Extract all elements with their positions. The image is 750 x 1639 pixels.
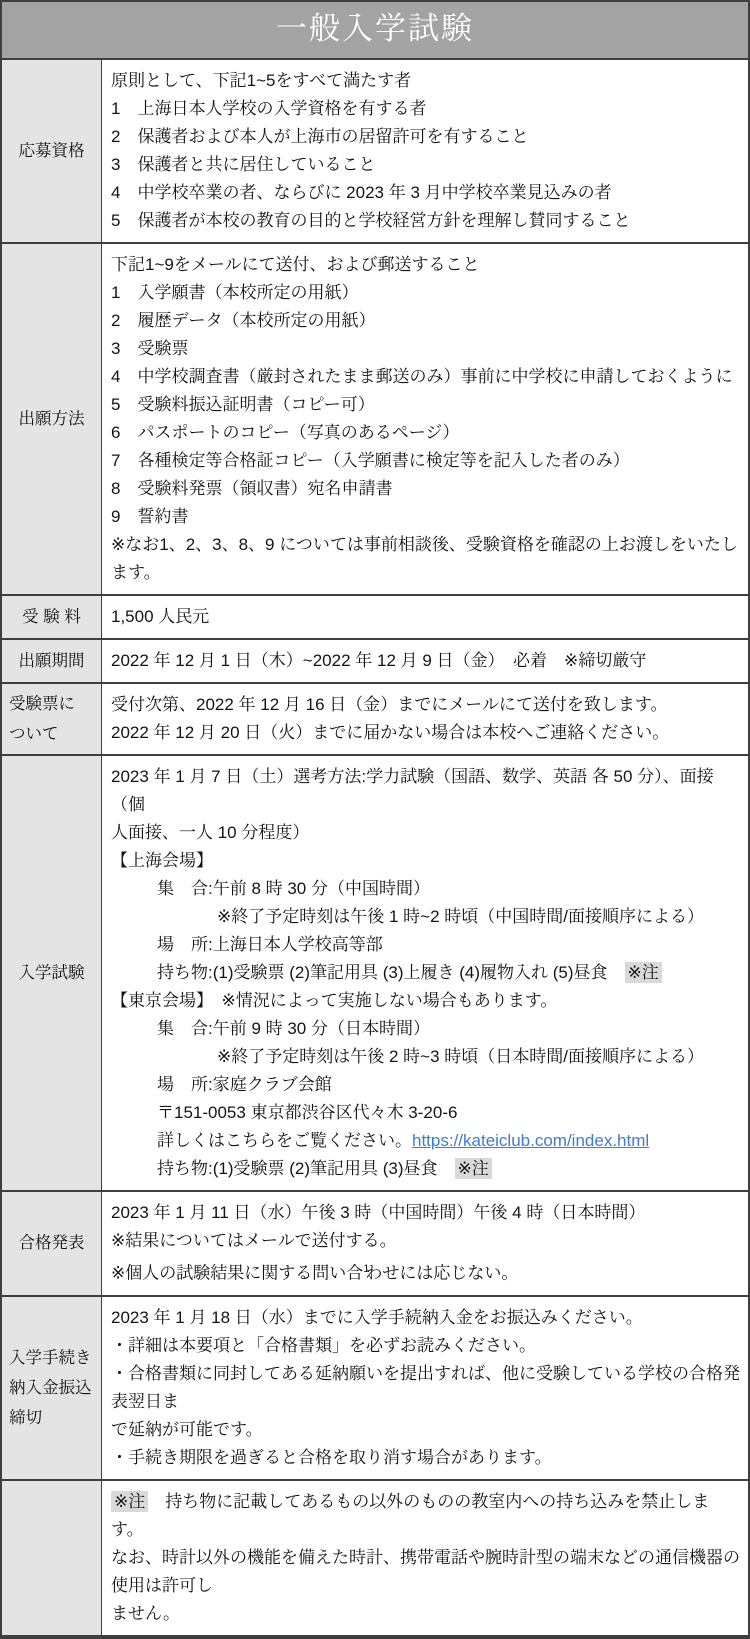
note-highlight: ※注 [625, 962, 662, 983]
text-segment: 原則として、下記1~5をすべて満たす者 [111, 71, 411, 90]
row-content: 2023 年 1 月 7 日（土）選考方法:学力試験（国語、数学、英語 各 50… [102, 756, 748, 1190]
row-content: 1,500 人民元 [102, 596, 748, 638]
text-segment: 4 中学校卒業の者、ならびに 2023 年 3 月中学校卒業見込みの者 [111, 183, 612, 202]
text-segment: ・詳細は本要項と「合格書類」を必ずお読みください。 [111, 1336, 536, 1355]
note-highlight: ※注 [455, 1158, 492, 1179]
content-line: なお、時計以外の機能を備えた時計、携帯電話や腕時計型の端末などの通信機器の使用は… [111, 1544, 740, 1600]
row-label-line: 受験票に [9, 689, 75, 719]
content-line: 【東京会場】 ※情況によって実施しない場合もあります。 [111, 987, 740, 1015]
row-label-line: 応募資格 [19, 136, 85, 166]
content-line: 1,500 人民元 [111, 603, 740, 631]
text-segment: 2022 年 12 月 20 日（火）までに届かない場合は本校へご連絡ください。 [111, 723, 669, 742]
content-line: 〒151-0053 東京都渋谷区代々木 3-20-6 [157, 1099, 740, 1127]
row-label: 応募資格 [2, 60, 102, 242]
content-line: 場 所:家庭クラブ会館 [157, 1071, 740, 1099]
row-label-line: ついて [9, 719, 59, 749]
content-line: 人面接、一人 10 分程度） [111, 819, 740, 847]
row-label-line: 合格発表 [19, 1228, 85, 1258]
row-content: ※注 持ち物に記載してあるもの以外のものの教室内への持ち込みを禁止します。なお、… [102, 1481, 748, 1635]
admission-exam-table: 一般入学試験 応募資格原則として、下記1~5をすべて満たす者1 上海日本人学校の… [0, 0, 750, 1639]
content-line: 4 中学校調査書（厳封されたまま郵送のみ）事前に中学校に申請しておくように [111, 363, 740, 391]
text-segment: 持ち物:(1)受験票 (2)筆記用具 (3)上履き (4)履物入れ (5)昼食 [157, 963, 625, 982]
text-segment: 1 入学願書（本校所定の用紙） [111, 283, 358, 302]
content-line: で延納が可能です。 [111, 1416, 740, 1444]
content-line: 2 保護者および本人が上海市の居留許可を有すること [111, 123, 740, 151]
content-line: ※なお1、2、3、8、9 については事前相談後、受験資格を確認の上お渡しをいたし… [111, 531, 740, 587]
row-content: 2023 年 1 月 18 日（水）までに入学手続納入金をお振込みください。・詳… [102, 1297, 748, 1479]
text-segment: 8 受験料発票（領収書）宛名申請書 [111, 479, 392, 498]
text-segment: ません。 [111, 1604, 180, 1623]
text-segment: わせには応じない。 [365, 1264, 518, 1283]
row-label: 出願期間 [2, 640, 102, 682]
content-line: ※注 持ち物に記載してあるもの以外のものの教室内への持ち込みを禁止します。 [111, 1488, 740, 1544]
text-segment: 1 上海日本人学校の入学資格を有する者 [111, 99, 426, 118]
table-row: 出願期間2022 年 12 月 1 日（木）~2022 年 12 月 9 日（金… [2, 638, 748, 682]
row-content: 2023 年 1 月 11 日（水）午後 3 時（中国時間）午後 4 時（日本時… [102, 1192, 748, 1295]
content-line: 3 保護者と共に居住していること [111, 151, 740, 179]
text-segment: 1,500 人民元 [111, 607, 209, 626]
content-line: 6 パスポートのコピー（写真のあるページ） [111, 419, 740, 447]
text-segment: ※個人の試験結果に関する問い合 [111, 1264, 363, 1283]
content-line: ※個人の試験結果に関する問い合1わせには応じない。 [111, 1255, 740, 1288]
content-line: 【上海会場】 [111, 847, 740, 875]
table-row: ※注 持ち物に記載してあるもの以外のものの教室内への持ち込みを禁止します。なお、… [2, 1479, 748, 1635]
external-link[interactable]: https://kateiclub.com/index.html [412, 1131, 649, 1150]
content-line: 1 入学願書（本校所定の用紙） [111, 279, 740, 307]
text-segment: 〒151-0053 東京都渋谷区代々木 3-20-6 [157, 1103, 457, 1122]
text-segment: 受付次第、2022 年 12 月 16 日（金）までにメールにて送付を致します。 [111, 695, 668, 714]
row-label: 受験票について [2, 684, 102, 754]
text-segment: 【東京会場】 ※情況によって実施しない場合もあります。 [111, 991, 557, 1010]
content-line: 詳しくはこちらをご覧ください。https://kateiclub.com/ind… [157, 1127, 740, 1155]
row-label-line: 出願方法 [19, 404, 85, 434]
text-segment: 2023 年 1 月 7 日（土）選考方法:学力試験（国語、数学、英語 各 50… [111, 767, 714, 814]
content-line: ・手続き期限を過ぎると合格を取り消す場合があります。 [111, 1444, 740, 1472]
text-segment: 2022 年 12 月 1 日（木）~2022 年 12 月 9 日（金） 必着… [111, 651, 646, 670]
text-segment: 下記1~9をメールにて送付、および郵送すること [111, 255, 480, 274]
text-segment: 3 受験票 [111, 339, 188, 358]
text-segment: 人面接、一人 10 分程度） [111, 823, 309, 842]
text-segment: 持ち物:(1)受験票 (2)筆記用具 (3)昼食 [157, 1159, 455, 1178]
content-line: 持ち物:(1)受験票 (2)筆記用具 (3)上履き (4)履物入れ (5)昼食 … [157, 959, 740, 987]
content-line: ※結果についてはメールで送付する。 [111, 1227, 740, 1255]
text-segment: 9 誓約書 [111, 507, 188, 526]
table-row: 入学手続き納入金振込締切2023 年 1 月 18 日（水）までに入学手続納入金… [2, 1295, 748, 1479]
row-content: 受付次第、2022 年 12 月 16 日（金）までにメールにて送付を致します。… [102, 684, 748, 754]
content-line: ・合格書類に同封してある延納願いを提出すれば、他に受験している学校の合格発表翌日… [111, 1360, 740, 1416]
content-line: 1 上海日本人学校の入学資格を有する者 [111, 95, 740, 123]
text-segment: 場 所:上海日本人学校高等部 [157, 935, 383, 954]
table-row: 受験票について受付次第、2022 年 12 月 16 日（金）までにメールにて送… [2, 682, 748, 754]
row-label-empty [2, 1481, 102, 1635]
content-line: 5 保護者が本校の教育の目的と学校経営方針を理解し賛同すること [111, 207, 740, 235]
text-segment: ※終了予定時刻は午後 1 時~2 時頃（中国時間/面接順序による） [217, 907, 704, 926]
row-label-line: 出願期間 [19, 646, 85, 676]
row-label: 受 験 料 [2, 596, 102, 638]
page-title: 一般入学試験 [2, 2, 748, 58]
text-segment: で延納が可能です。 [111, 1420, 263, 1439]
text-segment: 集 合:午前 9 時 30 分（日本時間） [157, 1019, 430, 1038]
content-line: 8 受験料発票（領収書）宛名申請書 [111, 475, 740, 503]
row-label: 入学試験 [2, 756, 102, 1190]
content-line: 2022 年 12 月 20 日（火）までに届かない場合は本校へご連絡ください。 [111, 719, 740, 747]
content-line: 場 所:上海日本人学校高等部 [157, 931, 740, 959]
table-row: 受 験 料1,500 人民元 [2, 594, 748, 638]
table-row: 出願方法下記1~9をメールにて送付、および郵送すること1 入学願書（本校所定の用… [2, 242, 748, 594]
text-segment: 2 履歴データ（本校所定の用紙） [111, 311, 375, 330]
text-segment: 7 各種検定等合格証コピー（入学願書に検定等を記入した者のみ） [111, 451, 630, 470]
text-segment: ※終了予定時刻は午後 2 時~3 時頃（日本時間/面接順序による） [217, 1047, 704, 1066]
row-content: 原則として、下記1~5をすべて満たす者1 上海日本人学校の入学資格を有する者2 … [102, 60, 748, 242]
row-label: 合格発表 [2, 1192, 102, 1295]
content-line: ・詳細は本要項と「合格書類」を必ずお読みください。 [111, 1332, 740, 1360]
content-line: 4 中学校卒業の者、ならびに 2023 年 3 月中学校卒業見込みの者 [111, 179, 740, 207]
content-line: ません。 [111, 1600, 740, 1628]
text-segment: 4 中学校調査書（厳封されたまま郵送のみ）事前に中学校に申請しておくように [111, 367, 732, 386]
row-label-line: 締切 [9, 1403, 42, 1433]
text-segment: ※なお1、2、3、8、9 については事前相談後、受験資格を確認の上お渡しをいたし… [111, 535, 738, 582]
content-line: 下記1~9をメールにて送付、および郵送すること [111, 251, 740, 279]
content-line: ※終了予定時刻は午後 1 時~2 時頃（中国時間/面接順序による） [217, 903, 740, 931]
text-segment: 2023 年 1 月 18 日（水）までに入学手続納入金をお振込みください。 [111, 1308, 643, 1327]
content-line: 5 受験料振込証明書（コピー可） [111, 391, 740, 419]
text-segment: なお、時計以外の機能を備えた時計、携帯電話や腕時計型の端末などの通信機器の使用は… [111, 1548, 740, 1595]
row-content: 下記1~9をメールにて送付、および郵送すること1 入学願書（本校所定の用紙）2 … [102, 244, 748, 594]
text-segment: 2 保護者および本人が上海市の居留許可を有すること [111, 127, 528, 146]
content-line: 9 誓約書 [111, 503, 740, 531]
text-segment: 5 保護者が本校の教育の目的と学校経営方針を理解し賛同すること [111, 211, 630, 230]
content-line: 3 受験票 [111, 335, 740, 363]
content-line: 2 履歴データ（本校所定の用紙） [111, 307, 740, 335]
text-segment: 5 受験料振込証明書（コピー可） [111, 395, 375, 414]
content-line: 持ち物:(1)受験票 (2)筆記用具 (3)昼食 ※注 [157, 1155, 740, 1183]
row-label-line: 納入金振込 [9, 1373, 92, 1403]
text-segment: ※結果についてはメールで送付する。 [111, 1231, 397, 1250]
row-label: 出願方法 [2, 244, 102, 594]
text-segment: ・合格書類に同封してある延納願いを提出すれば、他に受験している学校の合格発表翌日… [111, 1364, 740, 1411]
text-segment: 2023 年 1 月 11 日（水）午後 3 時（中国時間）午後 4 時（日本時… [111, 1203, 645, 1222]
text-segment: 場 所:家庭クラブ会館 [157, 1075, 332, 1094]
text-segment: 6 パスポートのコピー（写真のあるページ） [111, 423, 459, 442]
table-row: 応募資格原則として、下記1~5をすべて満たす者1 上海日本人学校の入学資格を有す… [2, 58, 748, 242]
content-line: 2023 年 1 月 7 日（土）選考方法:学力試験（国語、数学、英語 各 50… [111, 763, 740, 819]
row-label-line: 入学試験 [19, 958, 85, 988]
row-label-line: 受 験 料 [22, 602, 81, 632]
table-row: 合格発表2023 年 1 月 11 日（水）午後 3 時（中国時間）午後 4 時… [2, 1190, 748, 1295]
row-label-line: 入学手続き [9, 1343, 92, 1373]
text-segment: ・手続き期限を過ぎると合格を取り消す場合があります。 [111, 1448, 552, 1467]
content-line: 2022 年 12 月 1 日（木）~2022 年 12 月 9 日（金） 必着… [111, 647, 740, 675]
row-content: 2022 年 12 月 1 日（木）~2022 年 12 月 9 日（金） 必着… [102, 640, 748, 682]
content-line: 原則として、下記1~5をすべて満たす者 [111, 67, 740, 95]
content-line: 集 合:午前 8 時 30 分（中国時間） [157, 875, 740, 903]
row-label: 入学手続き納入金振込締切 [2, 1297, 102, 1479]
text-segment: 3 保護者と共に居住していること [111, 155, 375, 174]
content-line: 集 合:午前 9 時 30 分（日本時間） [157, 1015, 740, 1043]
table-row: 入学試験2023 年 1 月 7 日（土）選考方法:学力試験（国語、数学、英語 … [2, 754, 748, 1190]
content-line: ※終了予定時刻は午後 2 時~3 時頃（日本時間/面接順序による） [217, 1043, 740, 1071]
text-segment: 持ち物に記載してあるもの以外のものの教室内への持ち込みを禁止します。 [111, 1492, 709, 1539]
content-line: 2023 年 1 月 11 日（水）午後 3 時（中国時間）午後 4 時（日本時… [111, 1199, 740, 1227]
text-segment: 【上海会場】 [111, 851, 213, 870]
content-line: 受付次第、2022 年 12 月 16 日（金）までにメールにて送付を致します。 [111, 691, 740, 719]
table-body: 応募資格原則として、下記1~5をすべて満たす者1 上海日本人学校の入学資格を有す… [2, 58, 748, 1635]
text-segment: 詳しくはこちらをご覧ください。 [157, 1131, 412, 1150]
content-line: 7 各種検定等合格証コピー（入学願書に検定等を記入した者のみ） [111, 447, 740, 475]
content-line: 2023 年 1 月 18 日（水）までに入学手続納入金をお振込みください。 [111, 1304, 740, 1332]
note-highlight: ※注 [111, 1491, 148, 1512]
text-segment: 集 合:午前 8 時 30 分（中国時間） [157, 879, 430, 898]
